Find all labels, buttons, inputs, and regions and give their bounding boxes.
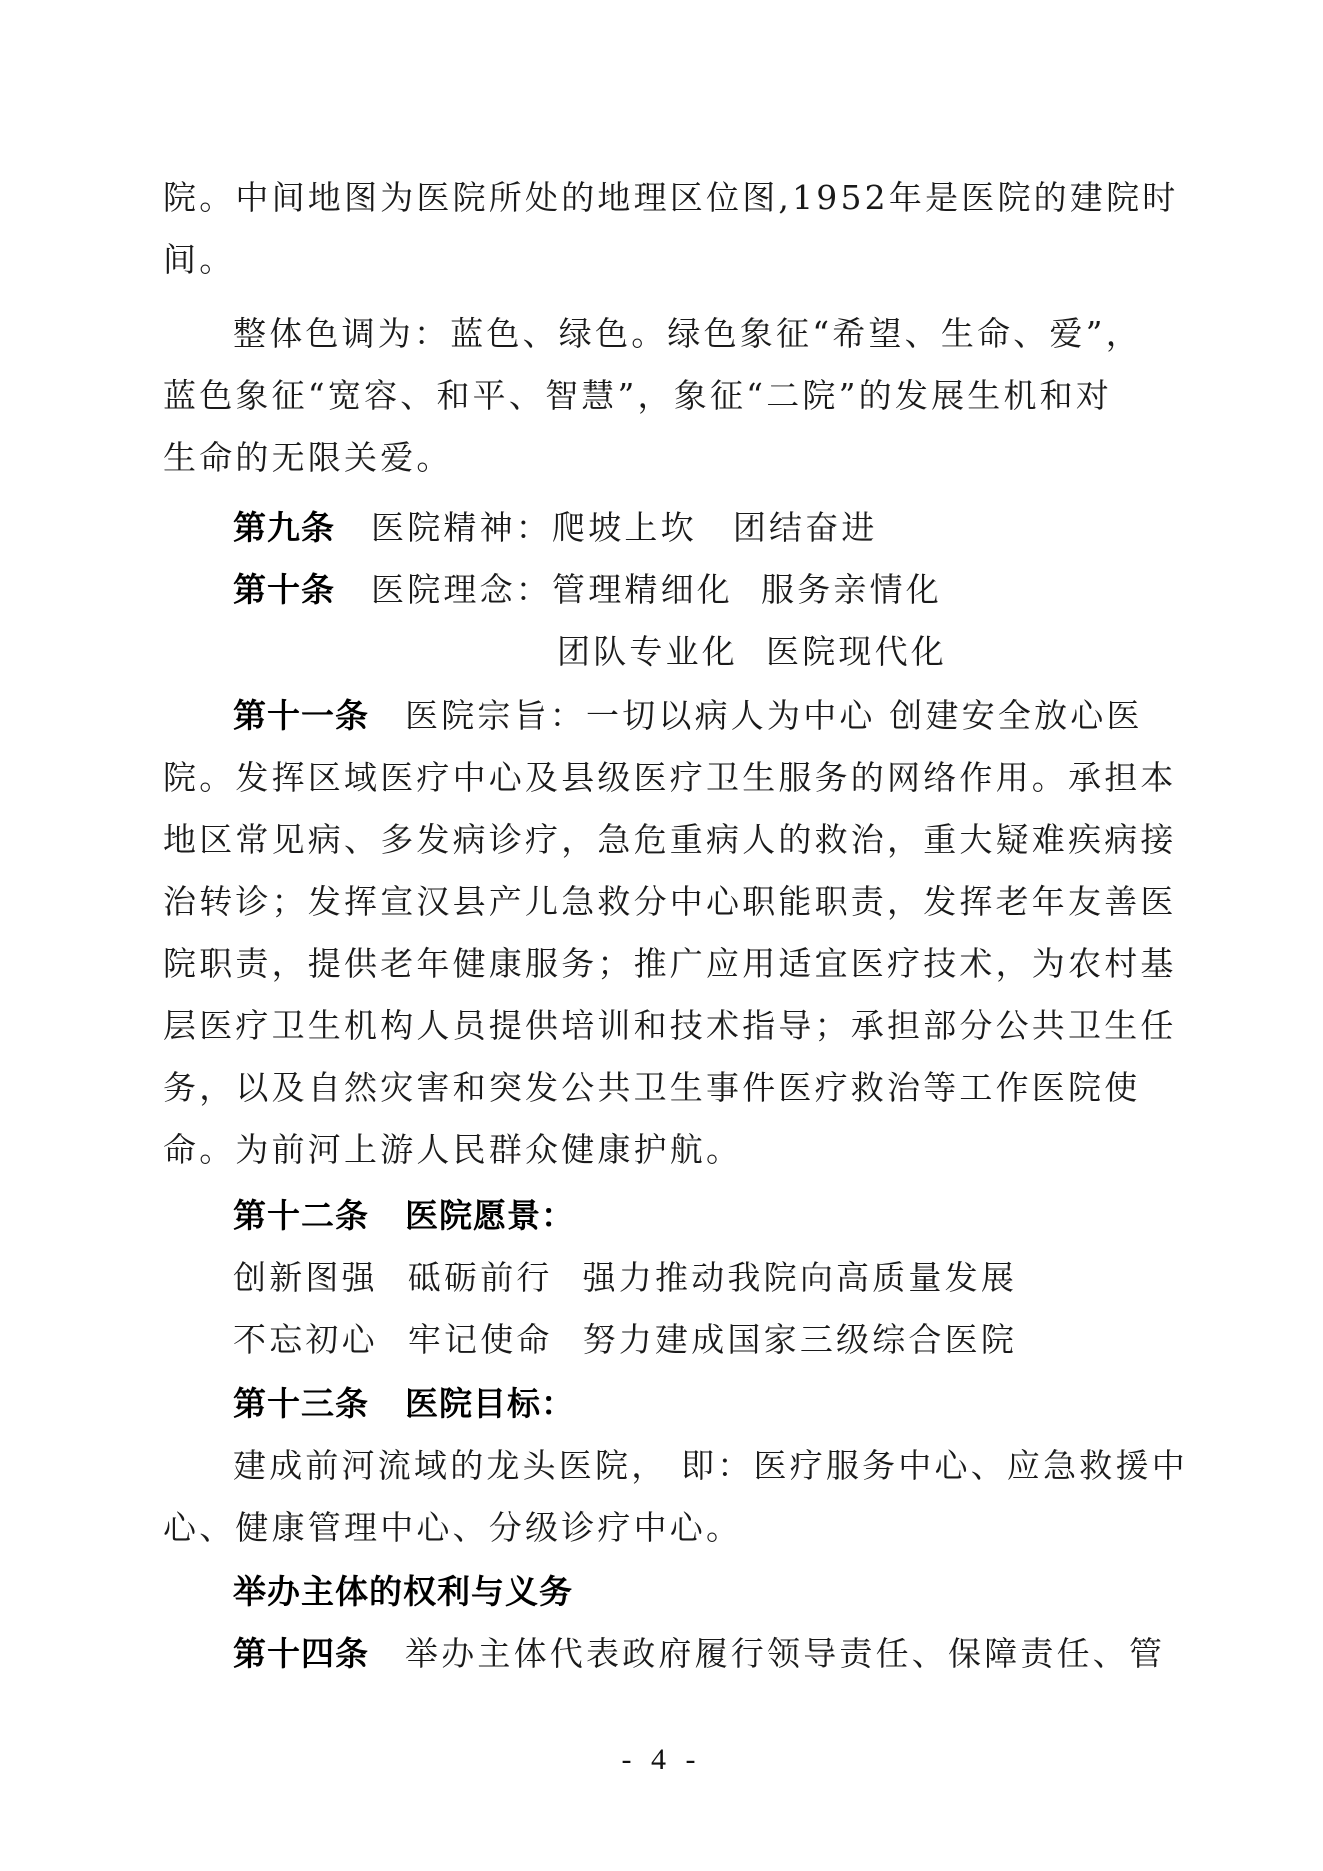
paragraph-line: 间。 bbox=[163, 240, 235, 280]
article-value: 爬坡上坎 bbox=[552, 508, 697, 547]
article-13: 第十三条医院目标： bbox=[233, 1384, 575, 1424]
vision-row-2: 不忘初心牢记使命努力建成国家三级综合医院 bbox=[233, 1320, 1017, 1360]
article-label: 医院理念： bbox=[371, 570, 552, 609]
article-10-continued: 团队专业化医院现代化 bbox=[557, 632, 947, 672]
article-14: 第十四条举办主体代表政府履行领导责任、保障责任、管 bbox=[233, 1634, 1165, 1674]
paragraph-line: 务，以及自然灾害和突发公共卫生事件医疗救治等工作医院使 bbox=[163, 1068, 1140, 1108]
article-number: 第十三条 bbox=[233, 1384, 369, 1423]
vision-row-1: 创新图强砥砺前行强力推动我院向高质量发展 bbox=[233, 1258, 1017, 1298]
vision-phrase: 努力建成国家三级综合医院 bbox=[583, 1320, 1017, 1359]
vision-phrase: 不忘初心 bbox=[233, 1320, 378, 1359]
paragraph-line: 治转诊；发挥宣汉县产儿急救分中心职能职责，发挥老年友善医 bbox=[163, 882, 1177, 922]
paragraph-line: 命。为前河上游人民群众健康护航。 bbox=[163, 1130, 742, 1170]
paragraph-line: 层医疗卫生机构人员提供培训和技术指导；承担部分公共卫生任 bbox=[163, 1006, 1177, 1046]
paragraph-line: 地区常见病、多发病诊疗，急危重病人的救治，重大疑难疾病接 bbox=[163, 820, 1177, 860]
vision-phrase: 创新图强 bbox=[233, 1258, 378, 1297]
article-number: 第十四条 bbox=[233, 1634, 369, 1673]
paragraph-line: 心、健康管理中心、分级诊疗中心。 bbox=[163, 1508, 742, 1548]
article-label: 医院宗旨： bbox=[405, 696, 586, 735]
article-value: 服务亲情化 bbox=[761, 570, 942, 609]
article-9: 第九条医院精神：爬坡上坎团结奋进 bbox=[233, 508, 878, 548]
article-number: 第九条 bbox=[233, 508, 335, 547]
section-heading: 举办主体的权利与义务 bbox=[233, 1572, 573, 1612]
vision-phrase: 强力推动我院向高质量发展 bbox=[583, 1258, 1017, 1297]
document-page: 院。中间地图为医院所处的地理区位图,1952年是医院的建院时 间。 整体色调为：… bbox=[0, 0, 1323, 1871]
article-10: 第十条医院理念：管理精细化服务亲情化 bbox=[233, 570, 942, 610]
paragraph-line: 蓝色象征“宽容、和平、智慧”，象征“二院”的发展生机和对 bbox=[163, 376, 1112, 416]
paragraph-line: 建成前河流域的龙头医院， 即：医疗服务中心、应急救援中 bbox=[233, 1446, 1188, 1486]
article-text: 一切以病人为中心 创建安全放心医 bbox=[586, 696, 1143, 735]
page-number: - 4 - bbox=[0, 1743, 1323, 1777]
article-number: 第十二条 bbox=[233, 1196, 369, 1235]
article-number: 第十条 bbox=[233, 570, 335, 609]
article-label: 医院愿景： bbox=[405, 1196, 575, 1235]
article-label: 医院精神： bbox=[371, 508, 552, 547]
article-value: 团结奋进 bbox=[733, 508, 878, 547]
paragraph-line: 整体色调为：蓝色、绿色。绿色象征“希望、生命、爱”， bbox=[233, 314, 1142, 354]
vision-phrase: 牢记使命 bbox=[408, 1320, 553, 1359]
article-value: 管理精细化 bbox=[552, 570, 733, 609]
article-12: 第十二条医院愿景： bbox=[233, 1196, 575, 1236]
paragraph-line: 院。中间地图为医院所处的地理区位图,1952年是医院的建院时 bbox=[163, 178, 1178, 218]
article-11: 第十一条医院宗旨：一切以病人为中心 创建安全放心医 bbox=[233, 696, 1143, 736]
article-label: 医院目标： bbox=[405, 1384, 575, 1423]
paragraph-line: 生命的无限关爱。 bbox=[163, 438, 453, 478]
article-value: 团队专业化 bbox=[557, 632, 738, 671]
paragraph-line: 院职责，提供老年健康服务；推广应用适宜医疗技术，为农村基 bbox=[163, 944, 1177, 984]
article-number: 第十一条 bbox=[233, 696, 369, 735]
article-text: 举办主体代表政府履行领导责任、保障责任、管 bbox=[405, 1634, 1165, 1673]
vision-phrase: 砥砺前行 bbox=[408, 1258, 553, 1297]
article-value: 医院现代化 bbox=[766, 632, 947, 671]
paragraph-line: 院。发挥区域医疗中心及县级医疗卫生服务的网络作用。承担本 bbox=[163, 758, 1177, 798]
